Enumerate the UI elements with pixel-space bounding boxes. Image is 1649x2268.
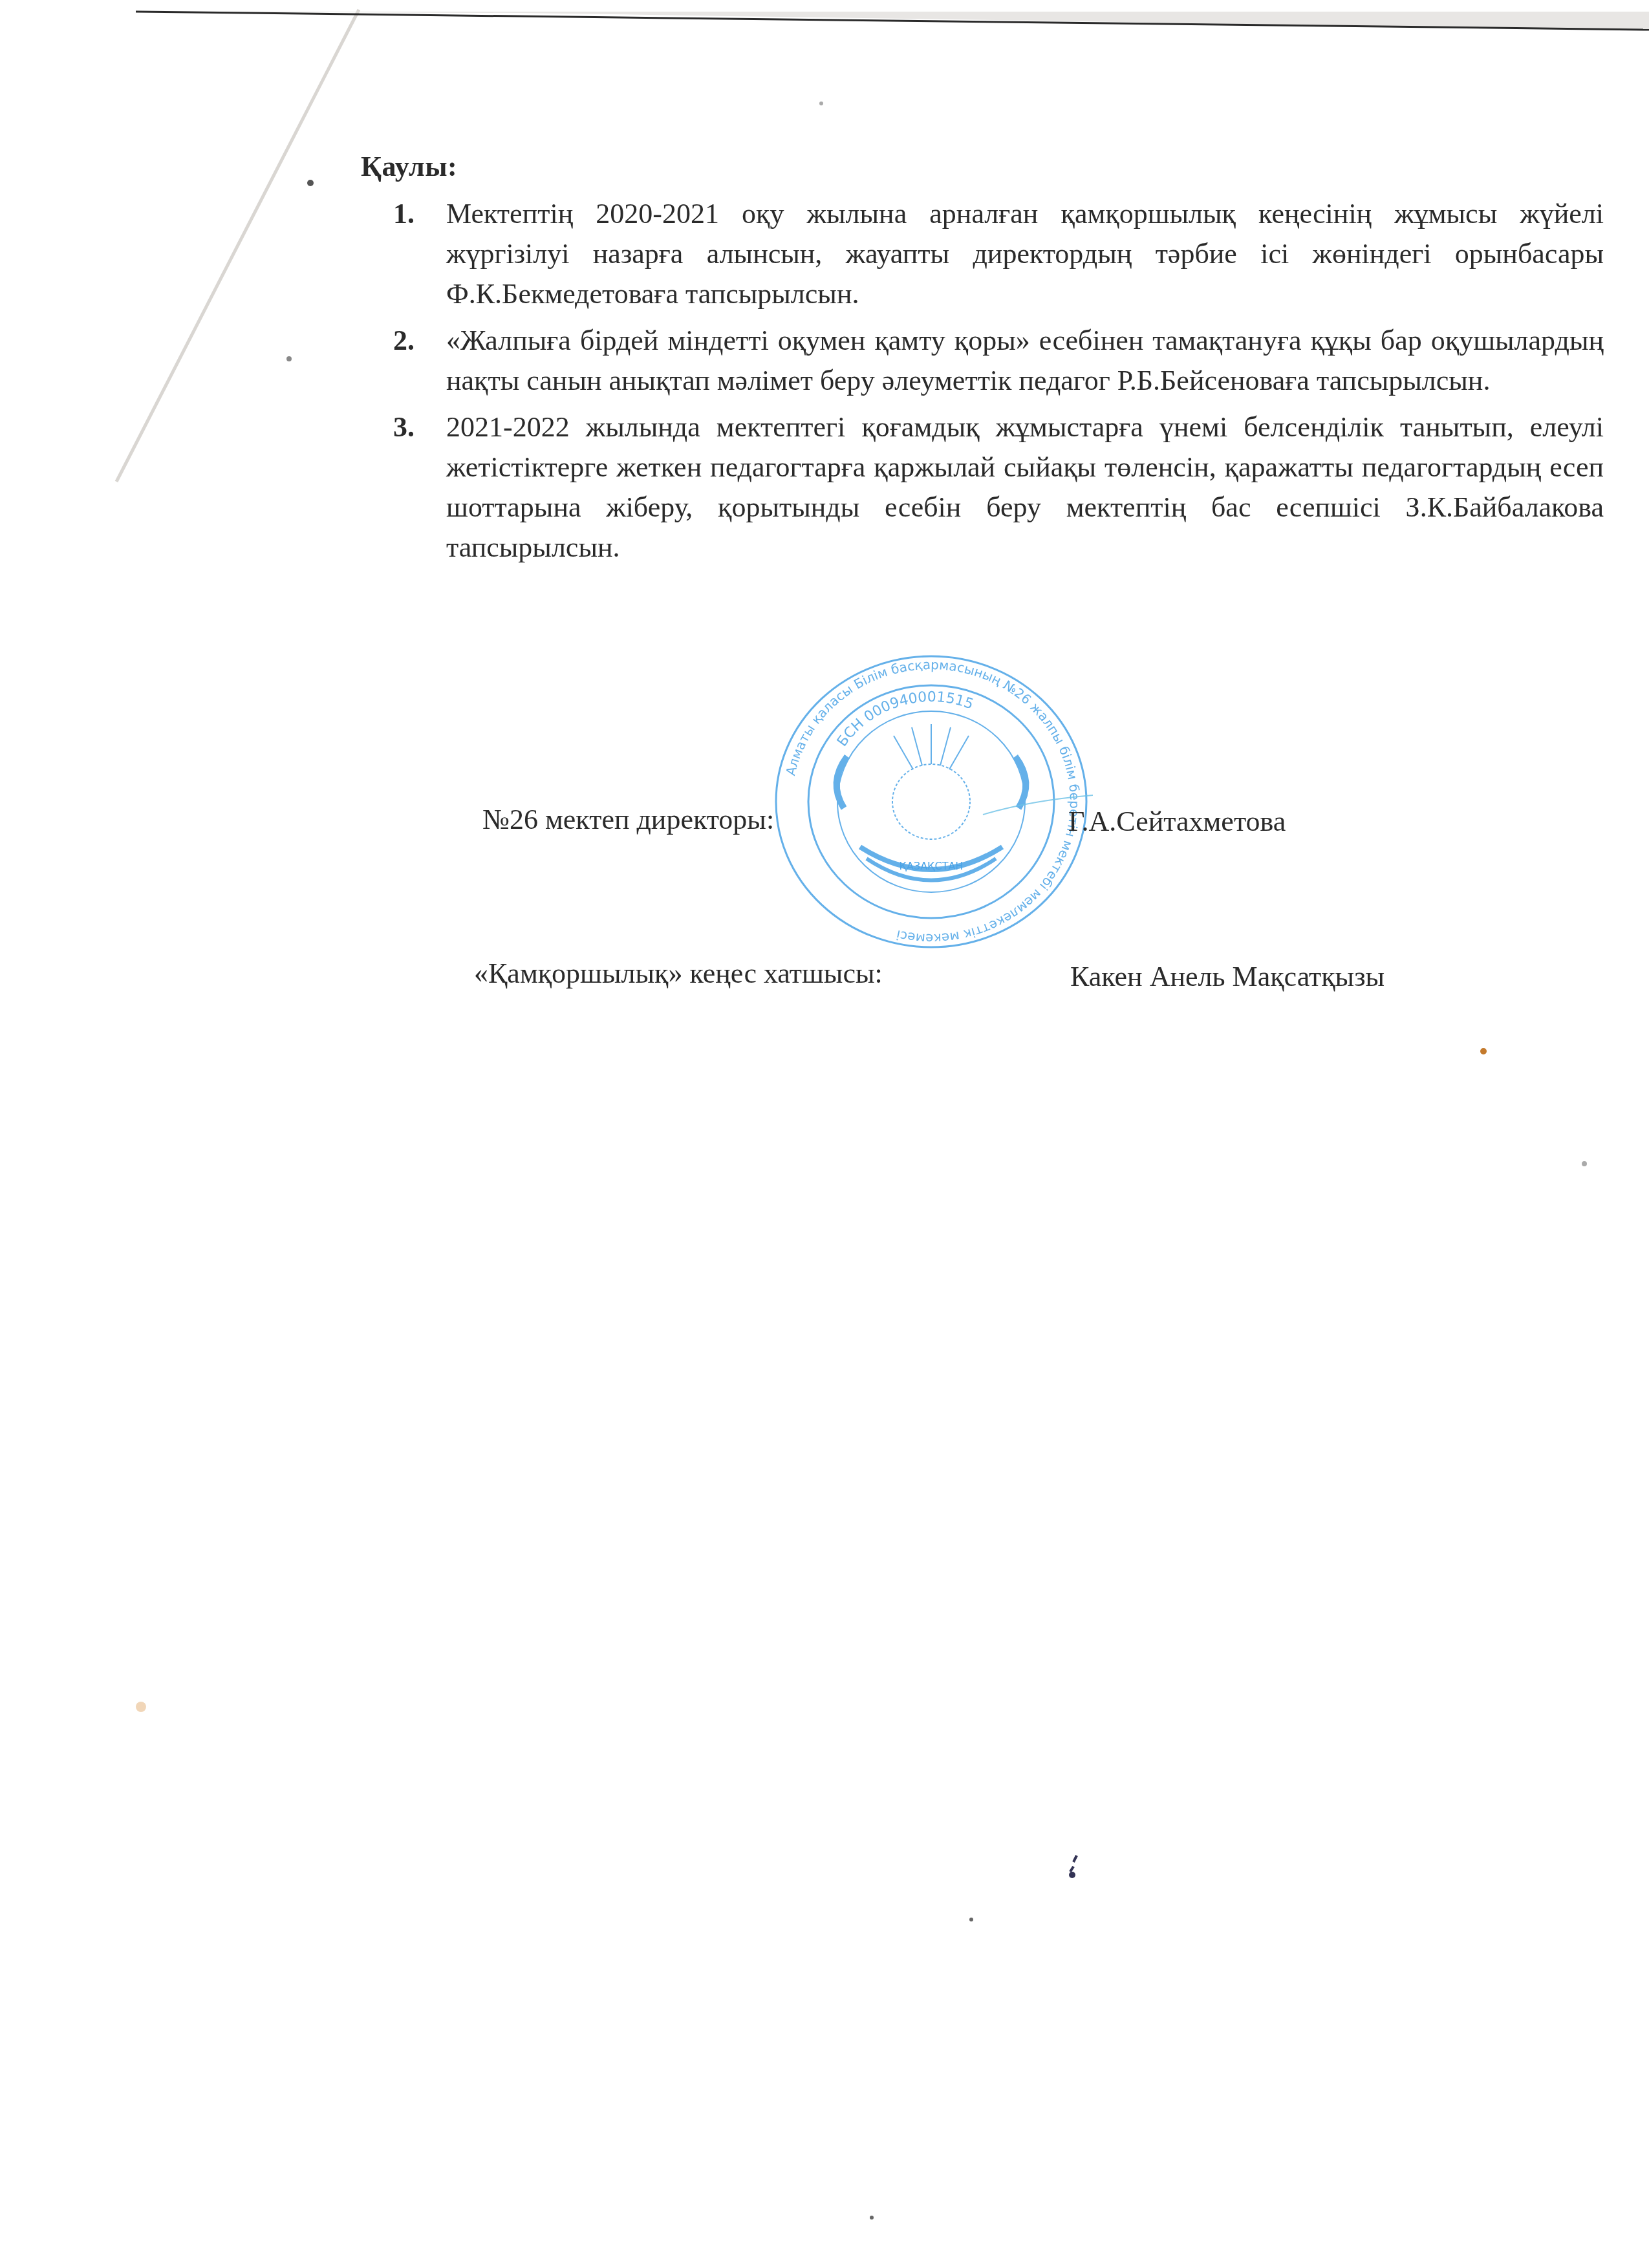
stamp-bin-text: БСН 000940001515 <box>834 689 976 750</box>
scanned-document-page: Қаулы: 1. Мектептің 2020-2021 оқу жылына… <box>0 0 1649 2268</box>
decision-item: 1. Мектептің 2020-2021 оқу жылына арналғ… <box>382 194 1604 314</box>
svg-text:БСН 000940001515: БСН 000940001515 <box>834 689 976 750</box>
official-stamp: Алматы қаласы Білім басқармасының №26 жа… <box>770 653 1093 950</box>
decision-number: 3. <box>393 407 415 447</box>
decision-item: 3. 2021-2022 жылында мектептегі қоғамдық… <box>382 407 1604 568</box>
decision-text: 2021-2022 жылында мектептегі қоғамдық жұ… <box>446 407 1604 568</box>
decision-number: 1. <box>393 194 415 234</box>
secretary-name: Какен Анель Мақсатқызы <box>1070 960 1385 993</box>
stamp-emblem-text: ҚАЗАҚСТАН <box>900 860 964 872</box>
decision-text: Мектептің 2020-2021 оқу жылына арналған … <box>446 194 1604 314</box>
decision-number: 2. <box>393 321 415 361</box>
director-name: Г.А.Сейтахметова <box>1068 805 1286 838</box>
resolution-heading: Қаулы: <box>361 150 457 183</box>
decision-list: 1. Мектептің 2020-2021 оқу жылына арналғ… <box>382 194 1649 574</box>
director-role-label: №26 мектеп директоры: <box>482 803 774 836</box>
decision-text: «Жалпыға бірдей міндетті оқумен қамту қо… <box>446 321 1604 401</box>
secretary-role-label: «Қамқоршылық» кеңес хатшысы: <box>474 957 883 990</box>
decision-item: 2. «Жалпыға бірдей міндетті оқумен қамту… <box>382 321 1604 401</box>
